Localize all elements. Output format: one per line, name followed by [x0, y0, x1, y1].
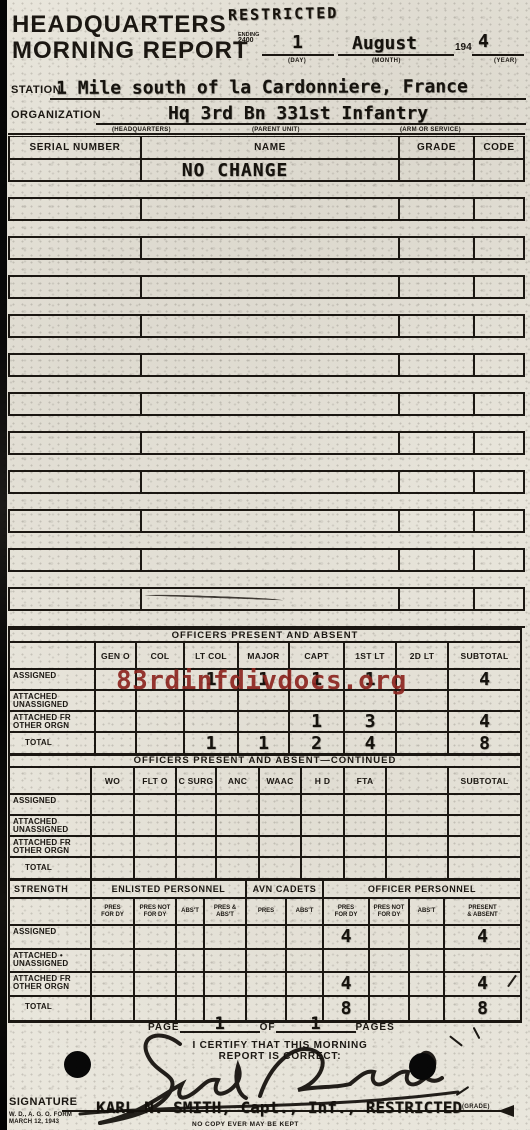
roster-gap-row [8, 416, 525, 433]
value-cell: 4 [345, 733, 397, 754]
table-row: TOTAL [10, 858, 520, 879]
value-cell: 2 [290, 733, 345, 754]
row-label: TOTAL [10, 997, 92, 1021]
row-label: ATTACHED • UNASSIGNED [10, 950, 92, 972]
value-cell [387, 858, 449, 879]
organization-underline [96, 123, 526, 125]
value-cell [302, 837, 345, 856]
value-cell [247, 950, 287, 972]
column-header-name: NAME [142, 137, 400, 158]
value-cell [135, 926, 177, 948]
roster-cell-grade [400, 160, 475, 181]
value-cell [137, 712, 185, 731]
value-cell [92, 973, 135, 995]
value-cell [449, 795, 520, 814]
roster-cell-serial [10, 589, 142, 609]
roster-cell-serial [10, 316, 142, 336]
roster-cell-code [475, 277, 525, 297]
value-cell [92, 926, 135, 948]
roster-cell-name [142, 472, 400, 492]
roster-cell-name [142, 511, 400, 531]
column-header: C SURG [177, 768, 217, 793]
column-header: 2D LT [397, 643, 449, 668]
value-cell [177, 950, 205, 972]
station-underline [50, 98, 526, 100]
value-cell: 4 [324, 926, 370, 948]
column-header: FLT O [135, 768, 177, 793]
roster-row [8, 394, 525, 416]
roster-cell-grade [400, 277, 475, 297]
value-cell [324, 950, 370, 972]
signature-line-arrowhead [498, 1105, 514, 1117]
roster-body: NO CHANGE [8, 160, 525, 628]
roster-cell-grade [400, 433, 475, 453]
roster-cell-code [475, 316, 525, 336]
table-title: OFFICERS PRESENT AND ABSENT [10, 630, 520, 643]
roster-row [8, 316, 525, 338]
row-label: ATTACHED FR OTHER ORGN [10, 973, 92, 995]
column-header: PRES FOR DY [324, 899, 370, 924]
form-title-line2: MORNING REPORT [12, 38, 249, 64]
value-cell [135, 795, 177, 814]
value-cell [135, 837, 177, 856]
table-title: OFFICERS PRESENT AND ABSENT—CONTINUED [10, 755, 520, 768]
roster-row [8, 277, 525, 299]
column-header-blank [10, 643, 96, 668]
row-label: ASSIGNED [10, 795, 92, 814]
morning-report-scan: HEADQUARTERS MORNING REPORT RESTRICTED E… [0, 0, 530, 1130]
value-cell [239, 712, 290, 731]
form-title-line1: HEADQUARTERS [12, 12, 249, 38]
column-header-grade: GRADE [400, 137, 475, 158]
value-cell [287, 973, 324, 995]
value-cell [410, 997, 445, 1021]
table-row: ASSIGNED44 [10, 926, 520, 950]
value-cell [287, 926, 324, 948]
column-header: CAPT [290, 643, 345, 668]
column-header: ABS'T [287, 899, 324, 924]
value-cell: 1 [239, 733, 290, 754]
value-cell [302, 816, 345, 835]
value-cell [302, 858, 345, 879]
group-header: OFFICER PERSONNEL [324, 880, 520, 897]
handwritten-signature [60, 1026, 470, 1128]
value-cell [185, 712, 239, 731]
value-cell [260, 816, 302, 835]
roster-cell-serial [10, 472, 142, 492]
roster-cell-serial [10, 355, 142, 375]
roster-cell-grade [400, 550, 475, 570]
column-header-blank [10, 899, 92, 924]
strength-group-header-row: STRENGTHENLISTED PERSONNELAVN CADETSOFFI… [10, 880, 520, 899]
roster-row: NO CHANGE [8, 160, 525, 182]
value-cell [92, 997, 135, 1021]
group-header: ENLISTED PERSONNEL [92, 880, 247, 897]
value-cell [177, 858, 217, 879]
scan-edge-bar [0, 0, 7, 1130]
roster-cell-serial [10, 511, 142, 531]
column-header: PRES [247, 899, 287, 924]
value-cell: 4 [449, 670, 520, 689]
value-cell [92, 816, 135, 835]
value-cell [205, 973, 247, 995]
roster-cell-grade [400, 316, 475, 336]
table-row: ASSIGNED [10, 795, 520, 816]
pen-ray-mark [473, 1027, 481, 1039]
value-cell [397, 712, 449, 731]
table-row: ATTACHED FR OTHER ORGN44 [10, 973, 520, 997]
value-cell [345, 795, 387, 814]
table-row: TOTAL11248 [10, 733, 520, 754]
value-cell [247, 926, 287, 948]
roster-gap-row [8, 455, 525, 472]
column-header: PRES NOT FOR DY [370, 899, 410, 924]
column-header: GEN O [96, 643, 137, 668]
column-header: WO [92, 768, 135, 793]
roster-gap-row [8, 572, 525, 589]
value-cell [387, 816, 449, 835]
roster-cell-name [142, 550, 400, 570]
roster-cell-grade [400, 589, 475, 609]
roster-cell-name [142, 277, 400, 297]
column-header: PRES FOR DY [92, 899, 135, 924]
column-header: FTA [345, 768, 387, 793]
roster-cell-code [475, 199, 525, 219]
punch-hole-right [409, 1053, 436, 1080]
roster-cell-serial [10, 199, 142, 219]
column-header: LT COL [185, 643, 239, 668]
column-header-serial-number: SERIAL NUMBER [10, 137, 142, 158]
roster-header-row: SERIAL NUMBER NAME GRADE CODE [8, 137, 525, 160]
column-header: WAAC [260, 768, 302, 793]
value-cell [177, 795, 217, 814]
value-cell [387, 837, 449, 856]
roster-cell-grade [400, 472, 475, 492]
value-cell [410, 973, 445, 995]
month-sublabel: (MONTH) [372, 58, 401, 64]
row-label: TOTAL [10, 733, 96, 754]
column-header: MAJOR [239, 643, 290, 668]
column-header: ANC [217, 768, 260, 793]
value-cell [397, 733, 449, 754]
value-cell: 1 [185, 733, 239, 754]
roster-cell-code [475, 433, 525, 453]
value-cell [449, 858, 520, 879]
value-cell [345, 858, 387, 879]
row-label: TOTAL [10, 858, 92, 879]
day-underline [262, 54, 334, 56]
roster-cell-grade [400, 394, 475, 414]
value-cell: 8 [449, 733, 520, 754]
roster-cell-code [475, 238, 525, 258]
column-header-code: CODE [475, 137, 525, 158]
value-cell [370, 950, 410, 972]
value-cell: 4 [445, 926, 520, 948]
organization-label: ORGANIZATION [11, 109, 101, 121]
roster-cell-serial [10, 394, 142, 414]
value-cell: 8 [445, 997, 520, 1021]
column-header: ABS'T [177, 899, 205, 924]
roster-table: SERIAL NUMBER NAME GRADE CODE NO CHANGE [8, 133, 525, 628]
value-cell [177, 926, 205, 948]
roster-row [8, 511, 525, 533]
roster-gap-row [8, 533, 525, 550]
value-cell [137, 733, 185, 754]
value-cell [370, 926, 410, 948]
table-row: ATTACHED UNASSIGNED [10, 816, 520, 837]
row-label: ATTACHED FR OTHER ORGN [10, 837, 92, 856]
value-cell [92, 858, 135, 879]
value-cell [135, 973, 177, 995]
roster-gap-row [8, 611, 525, 628]
value-cell [260, 795, 302, 814]
row-label: ATTACHED UNASSIGNED [10, 691, 96, 710]
value-cell [410, 950, 445, 972]
roster-row [8, 199, 525, 221]
officers-present-absent-continued-table: OFFICERS PRESENT AND ABSENT—CONTINUEDWOF… [8, 753, 522, 881]
date-year-value: 4 [478, 31, 489, 52]
value-cell [135, 858, 177, 879]
roster-gap-row [8, 221, 525, 238]
organization-value: Hq 3rd Bn 331st Infantry [168, 103, 428, 124]
roster-row [8, 355, 525, 377]
date-month-value: August [352, 33, 417, 54]
column-header: PRES NOT FOR DY [135, 899, 177, 924]
day-sublabel: (DAY) [288, 58, 306, 64]
column-header: ABS'T [410, 899, 445, 924]
roster-cell-name [142, 316, 400, 336]
value-cell [449, 691, 520, 710]
value-cell: 4 [324, 973, 370, 995]
form-title: HEADQUARTERS MORNING REPORT [12, 12, 249, 64]
value-cell [96, 712, 137, 731]
roster-cell-name [142, 238, 400, 258]
value-cell [217, 795, 260, 814]
roster-cell-serial [10, 160, 142, 181]
value-cell [205, 950, 247, 972]
roster-gap-row [8, 338, 525, 355]
roster-gap-row [8, 182, 525, 199]
roster-cell-serial [10, 238, 142, 258]
restricted-stamp: RESTRICTED [228, 4, 339, 24]
roster-cell-name: NO CHANGE [142, 160, 400, 181]
value-cell: 1 [290, 712, 345, 731]
roster-cell-serial [10, 433, 142, 453]
value-cell [217, 837, 260, 856]
roster-cell-grade [400, 199, 475, 219]
column-header: SUBTOTAL [449, 768, 520, 793]
value-cell [410, 926, 445, 948]
roster-cell-code [475, 355, 525, 375]
table-row: ATTACHED • UNASSIGNED [10, 950, 520, 974]
roster-row [8, 238, 525, 260]
column-header-blank [10, 768, 92, 793]
column-header: COL [137, 643, 185, 668]
value-cell [177, 837, 217, 856]
value-cell [217, 816, 260, 835]
row-label: ATTACHED FR OTHER ORGN [10, 712, 96, 731]
value-cell: 3 [345, 712, 397, 731]
station-value: 1 Mile south of la Cardonniere, France [56, 76, 468, 99]
ending-time: 2400 [238, 38, 259, 44]
roster-gap-row [8, 299, 525, 316]
column-header [387, 768, 449, 793]
value-cell [217, 858, 260, 879]
roster-row [8, 433, 525, 455]
value-cell [445, 950, 520, 972]
strength-subheader-row: PRES FOR DYPRES NOT FOR DYABS'TPRES & AB… [10, 899, 520, 926]
value-cell [260, 837, 302, 856]
column-header: PRESENT & ABSENT [445, 899, 520, 924]
value-cell [177, 816, 217, 835]
column-header: H D [302, 768, 345, 793]
roster-cell-name [142, 394, 400, 414]
roster-cell-code [475, 394, 525, 414]
roster-cell-serial [10, 550, 142, 570]
value-cell [387, 795, 449, 814]
ending-2400-label: ENDING 2400 [238, 32, 259, 44]
value-cell [449, 837, 520, 856]
strength-table: STRENGTHENLISTED PERSONNELAVN CADETSOFFI… [8, 878, 522, 1023]
roster-cell-grade [400, 355, 475, 375]
value-cell [92, 950, 135, 972]
year-sublabel: (YEAR) [494, 58, 517, 64]
column-header: SUBTOTAL [449, 643, 520, 668]
row-label: ASSIGNED [10, 670, 96, 689]
roster-cell-grade [400, 511, 475, 531]
row-label: ASSIGNED [10, 926, 92, 948]
value-cell [302, 795, 345, 814]
value-cell [370, 973, 410, 995]
strength-label: STRENGTH [10, 880, 92, 897]
station-label: STATION [11, 84, 61, 96]
value-cell [345, 816, 387, 835]
value-cell [135, 816, 177, 835]
table-header-row: WOFLT OC SURGANCWAACH DFTASUBTOTAL [10, 768, 520, 795]
roster-cell-name [142, 355, 400, 375]
column-header: 1ST LT [345, 643, 397, 668]
value-cell: 4 [449, 712, 520, 731]
roster-cell-name [142, 199, 400, 219]
roster-cell-code [475, 550, 525, 570]
value-cell [247, 973, 287, 995]
roster-gap-row [8, 494, 525, 511]
roster-cell-name [142, 433, 400, 453]
roster-cell-code [475, 472, 525, 492]
value-cell [96, 733, 137, 754]
roster-cell-serial [10, 277, 142, 297]
row-label: ATTACHED UNASSIGNED [10, 816, 92, 835]
table-row: ATTACHED FR OTHER ORGN [10, 837, 520, 858]
value-cell [177, 973, 205, 995]
roster-cell-code [475, 511, 525, 531]
value-cell [345, 837, 387, 856]
table-row: ATTACHED FR OTHER ORGN134 [10, 712, 520, 733]
roster-cell-code [475, 160, 525, 181]
month-underline [338, 54, 454, 56]
value-cell [205, 926, 247, 948]
value-cell [92, 837, 135, 856]
watermark: 83rdinfdivdocs.org [116, 666, 407, 696]
roster-row [8, 472, 525, 494]
column-header: PRES & ABS'T [205, 899, 247, 924]
roster-row [8, 550, 525, 572]
value-cell [449, 816, 520, 835]
value-cell [92, 795, 135, 814]
year-prefix: 194 [455, 42, 472, 53]
roster-cell-grade [400, 238, 475, 258]
roster-gap-row [8, 260, 525, 277]
value-cell [135, 950, 177, 972]
value-cell [287, 950, 324, 972]
year-underline [472, 54, 524, 56]
value-cell [260, 858, 302, 879]
group-header: AVN CADETS [247, 880, 324, 897]
roster-cell-code [475, 589, 525, 609]
roster-gap-row [8, 377, 525, 394]
punch-hole-left [64, 1051, 91, 1078]
date-day-value: 1 [292, 32, 303, 53]
